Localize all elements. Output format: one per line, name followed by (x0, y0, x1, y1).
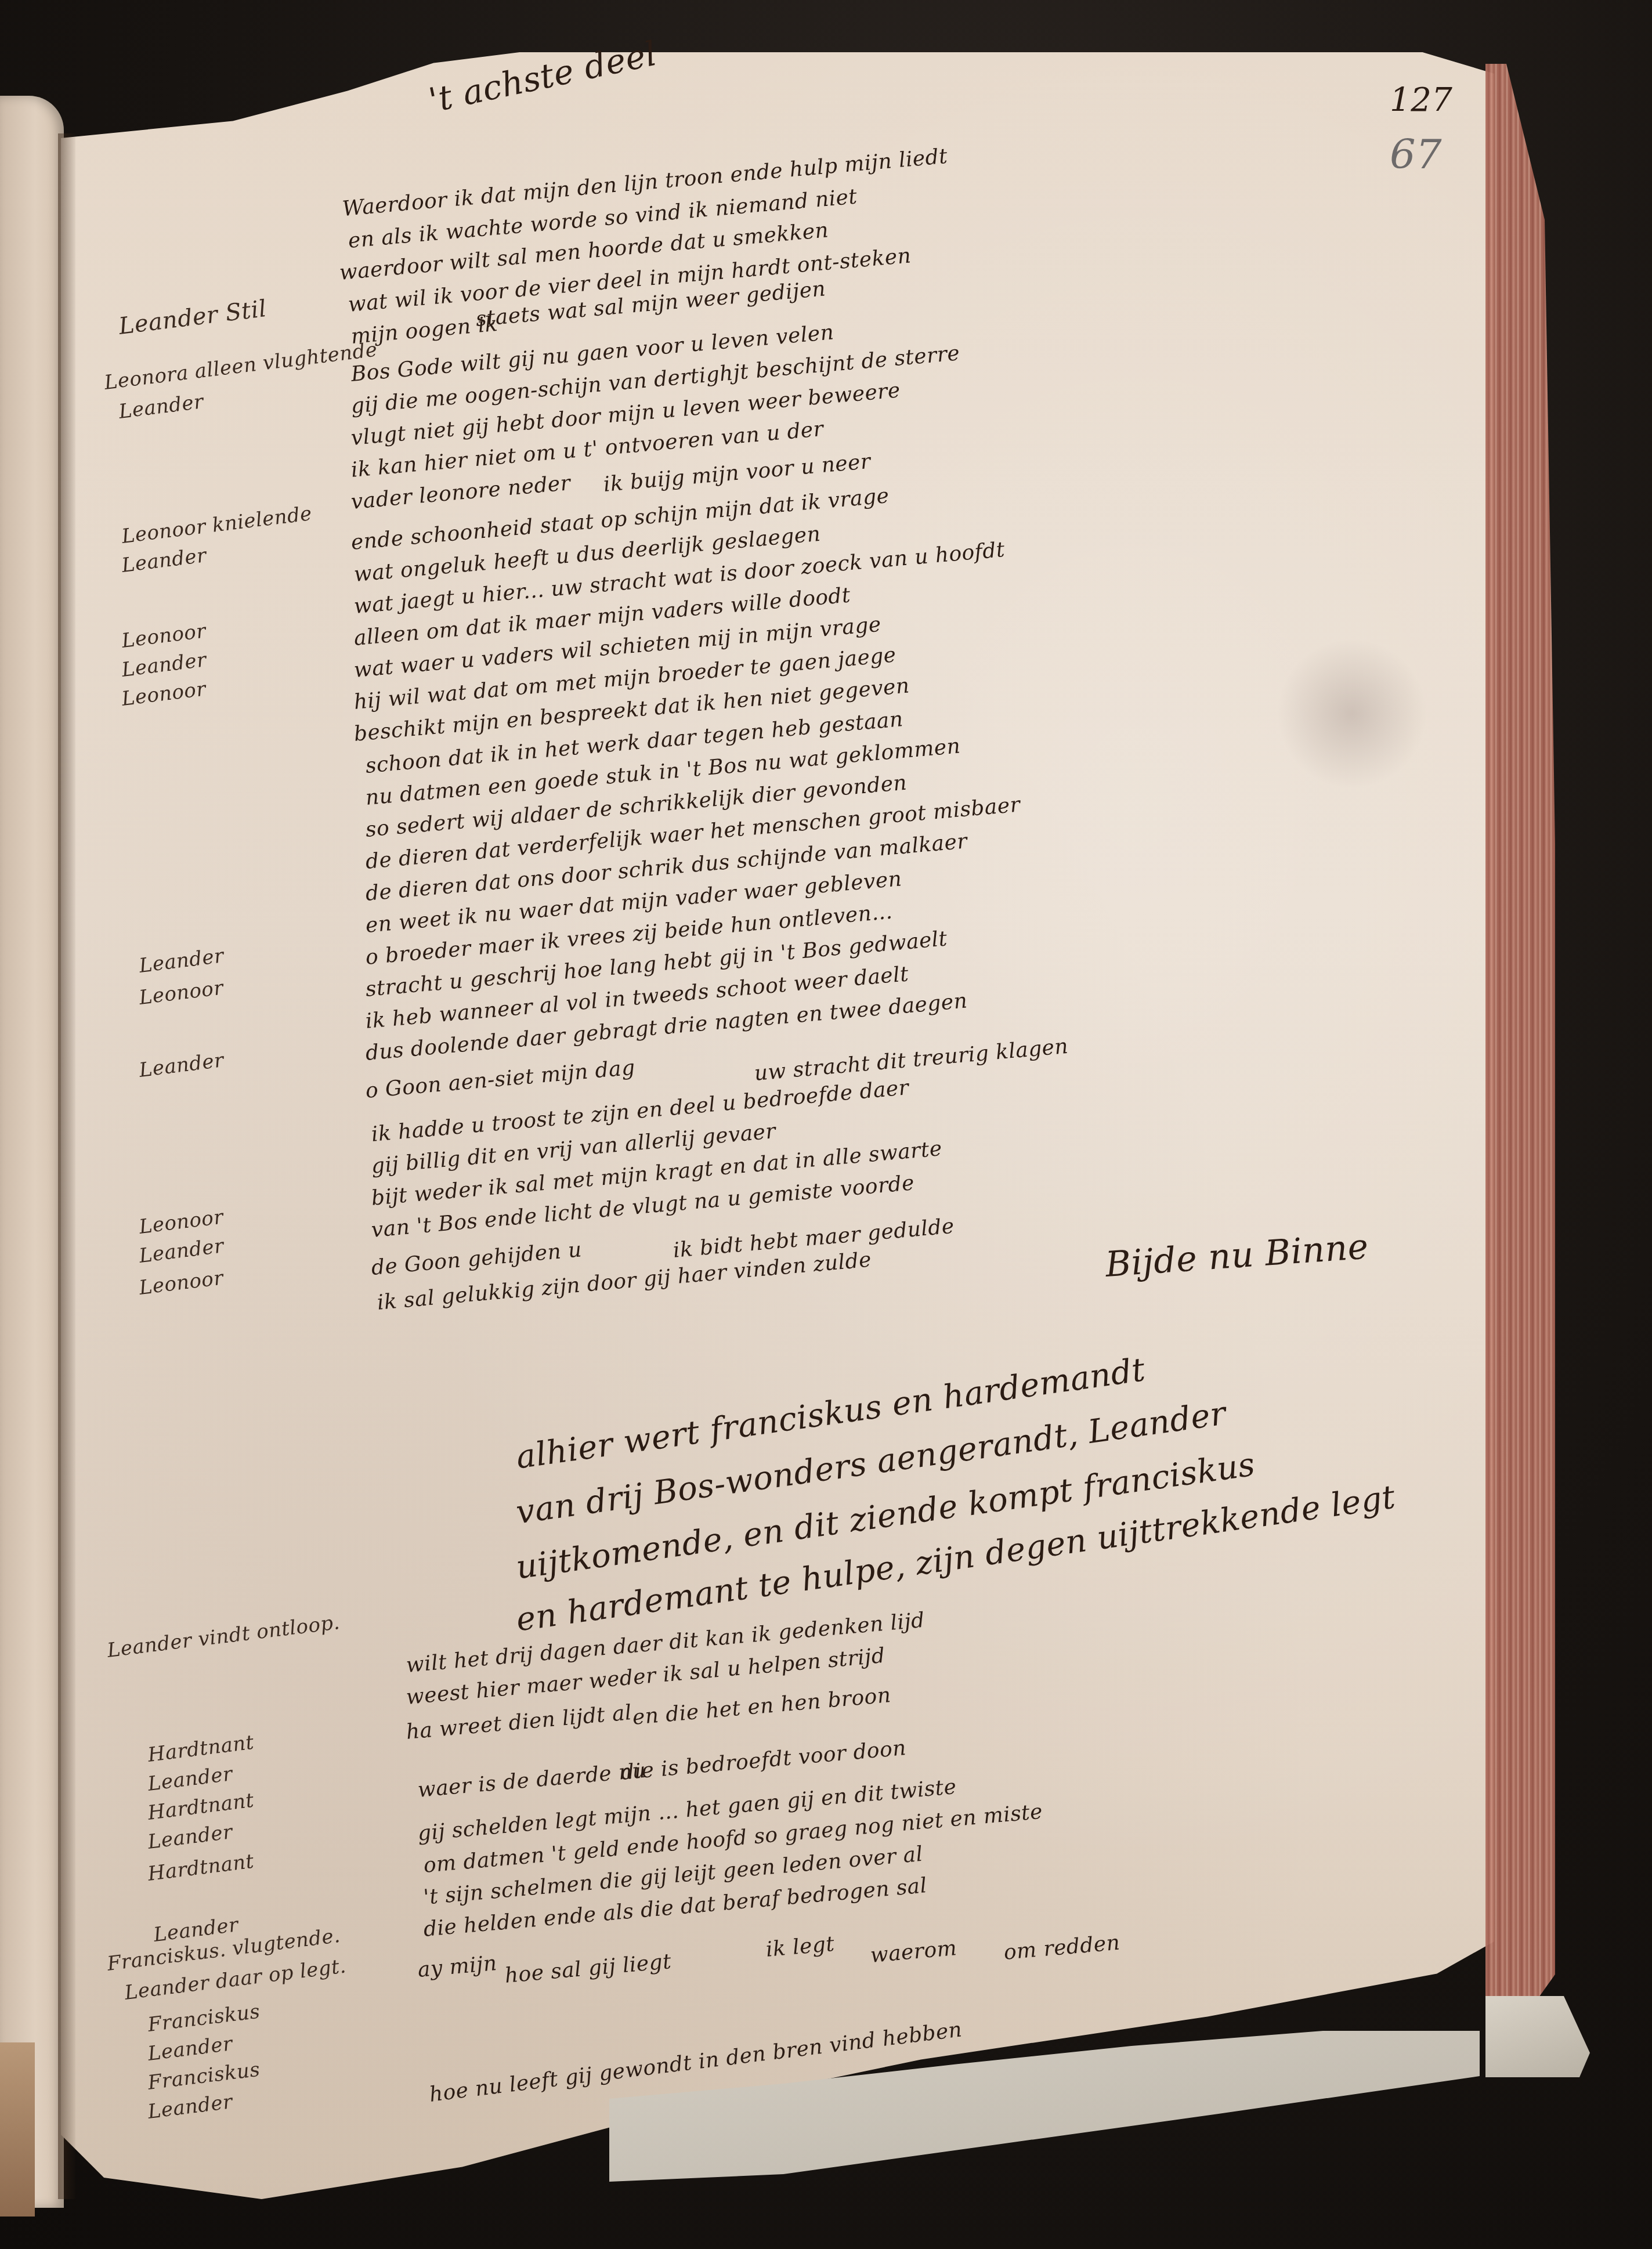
book-cover-edge (0, 2042, 35, 2217)
folio-number-ink: 127 (1390, 81, 1452, 119)
ink-smudge (1277, 638, 1427, 789)
left-page-edge (0, 96, 64, 2208)
folio-number-pencil: 67 (1390, 131, 1442, 178)
gutter-shadow (58, 133, 75, 2199)
red-fore-edge (1485, 64, 1555, 2013)
